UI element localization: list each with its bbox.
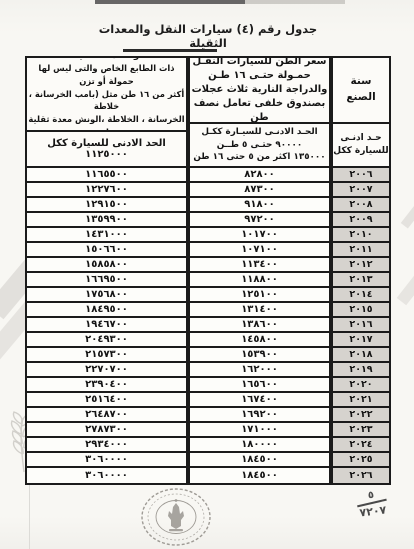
min-value-cell: ١٢٢٧٦٠٠ <box>27 183 186 198</box>
year-cell: ٢٠٠٦ <box>333 168 389 183</box>
subheader-line: ١٣٥٠٠٠ اكثر من ٥ حتى ١٦ طن <box>193 151 325 164</box>
min-value-cell: ١٩٤٦٧٠٠ <box>27 318 186 333</box>
min-value-cell: ١٦٦٩٥٠٠ <box>27 273 186 288</box>
subheader-line: حـد ادنـى <box>340 132 381 146</box>
price-per-ton-cell: ١٣١٤٠٠ <box>190 303 329 318</box>
year-column-header: سنة الصنع <box>333 58 389 124</box>
price-per-ton-cell: ١١٨٨٠٠ <box>190 273 329 288</box>
year-cell: ٢٠٢٤ <box>333 438 389 453</box>
price-per-ton-cell: ١٣٨٦٠٠ <box>190 318 329 333</box>
min-value-cell: ٢٩٣٤٠٠٠ <box>27 438 186 453</box>
min-value-cell: ٢٦٤٨٧٠٠ <box>27 408 186 423</box>
subheader-line: للسيارة ككل <box>333 145 388 159</box>
price-per-ton-cell: ٨٢٨٠٠ <box>190 168 329 183</box>
header-line: حمـولة حتـى ١٦ طـن <box>208 69 311 83</box>
title-underline <box>123 49 217 52</box>
price-per-ton-cell: ١٧١٠٠٠ <box>190 423 329 438</box>
handwritten-annotation: ٥ ٧٢٠٧ <box>347 487 398 520</box>
year-cell: ٢٠٠٩ <box>333 213 389 228</box>
year-cell: ٢٠١٩ <box>333 363 389 378</box>
price-per-ton-cell: ١٦٧٤٠٠ <box>190 393 329 408</box>
min-value-cell: ١٥٠٦٦٠٠ <box>27 243 186 258</box>
heavy-equipment-column: النقل حمولة أكثر من ١٦ طن أوالمعدات الثق… <box>25 56 188 485</box>
min-value-cell: ٢٥١٦٤٠٠ <box>27 393 186 408</box>
min-value-cell: ١٨٤٩٥٠٠ <box>27 303 186 318</box>
year-cell: ٢٠٢١ <box>333 393 389 408</box>
year-cell: ٢٠١٧ <box>333 333 389 348</box>
header-line: الصنع <box>346 90 375 106</box>
min-value-cell: ١٢٩١٥٠٠ <box>27 198 186 213</box>
price-per-ton-cell: ١٥٣٩٠٠ <box>190 348 329 363</box>
document-title: جدول رقم (٤) سيارات النقل والمعدات الثقي… <box>98 22 318 50</box>
min-value-cell: ١٧٥٦٨٠٠ <box>27 288 186 303</box>
subheader-line: الحـد الادنـى للسيـارة ككـل <box>201 126 317 139</box>
year-cell: ٢٠٠٧ <box>333 183 389 198</box>
header-line: أكثر من ١٦ طن مثل (بامب الخرسانة ، خلاطة <box>27 88 186 114</box>
year-column: سنة الصنع حـد ادنـى للسيارة ككل ٢٠٠٦٢٠٠٧… <box>331 56 391 485</box>
year-cell: ٢٠١٠ <box>333 228 389 243</box>
price-per-ton-cell: ١٨٤٥٠٠ <box>190 468 329 483</box>
header-line: سنة <box>351 74 372 90</box>
year-cell: ٢٠١٢ <box>333 258 389 273</box>
year-cell: ٢٠١٦ <box>333 318 389 333</box>
header-line: والدراجة النارية ثلاث عجلات <box>192 83 328 97</box>
price-per-ton-cell: ١١٣٤٠٠ <box>190 258 329 273</box>
price-column-header: سعر الطن للسيارات النقـل حمـولة حتـى ١٦ … <box>190 58 329 124</box>
header-line: سعر الطن للسيارات النقـل <box>193 58 327 69</box>
price-per-ton-cell: ١٠١٧٠٠ <box>190 228 329 243</box>
year-cell: ٢٠٢٢ <box>333 408 389 423</box>
price-per-ton-cell: ١٤٥٨٠٠ <box>190 333 329 348</box>
year-cell: ٢٠١١ <box>333 243 389 258</box>
year-cell: ٢٠٢٣ <box>333 423 389 438</box>
year-cell: ٢٠٠٨ <box>333 198 389 213</box>
min-value-cell: ٣٠٦٠٠٠٠ <box>27 453 186 468</box>
min-value-cell: ٢٧٨٧٣٠٠ <box>27 423 186 438</box>
heavy-column-subheader: الحد الادنى للسيارة ككل ١١٢٥٠٠٠ <box>27 132 186 168</box>
subheader-line: الحد الادنى للسيارة ككل ١١٢٥٠٠٠ <box>27 138 186 160</box>
header-line: الخرسانة ، الخلاطة ،الونش معدة ثقلية ، و… <box>27 113 186 132</box>
scan-artifact-strip-light <box>245 0 345 4</box>
min-value-cell: ١٤٣١٠٠٠ <box>27 228 186 243</box>
price-per-ton-cell: ١٨٠٠٠٠ <box>190 438 329 453</box>
min-value-cell: ١٣٥٩٩٠٠ <box>27 213 186 228</box>
scan-artifact-strip <box>95 0 245 4</box>
price-per-ton-cell: ٩١٨٠٠ <box>190 198 329 213</box>
price-per-ton-cell: ١٠٧١٠٠ <box>190 243 329 258</box>
min-value-cell: ٣٠٦٠٠٠٠ <box>27 468 186 483</box>
price-per-ton-cell: ١٦٢٠٠٠ <box>190 363 329 378</box>
year-cell: ٢٠٢٦ <box>333 468 389 483</box>
heavy-column-header: النقل حمولة أكثر من ١٦ طن أوالمعدات الثق… <box>27 58 186 132</box>
year-cell: ٢٠١٨ <box>333 348 389 363</box>
header-line: ذات الطابع الخاص والتى ليس لها حمولة أو … <box>27 62 186 88</box>
min-value-cell: ٢٣٩٠٤٠٠ <box>27 378 186 393</box>
year-column-subheader: حـد ادنـى للسيارة ككل <box>333 124 389 168</box>
price-per-ton-cell: ٨٧٣٠٠ <box>190 183 329 198</box>
year-cell: ٢٠٢٥ <box>333 453 389 468</box>
price-per-ton-cell: ١٦٩٢٠٠ <box>190 408 329 423</box>
price-per-ton-cell: ١٢٥١٠٠ <box>190 288 329 303</box>
year-cell: ٢٠٢٠ <box>333 378 389 393</box>
year-cell: ٢٠١٥ <box>333 303 389 318</box>
price-per-ton-cell: ١٨٤٥٠٠ <box>190 453 329 468</box>
official-eagle-stamp-icon <box>138 486 216 548</box>
min-value-cell: ٢٠٤٩٣٠٠ <box>27 333 186 348</box>
min-value-cell: ٢١٥٧٣٠٠ <box>27 348 186 363</box>
price-column-subheader: الحـد الادنـى للسيـارة ككـل ٩٠٠٠٠ حتـى ٥… <box>190 124 329 168</box>
price-per-ton-cell: ٩٧٢٠٠ <box>190 213 329 228</box>
year-cell: ٢٠١٣ <box>333 273 389 288</box>
header-line: بصندوق خلفى تعامل نصف طن <box>190 97 329 124</box>
min-value-cell: ١١٦٥٥٠٠ <box>27 168 186 183</box>
price-per-ton-cell: ١٦٥٦٠٠ <box>190 378 329 393</box>
price-per-ton-column: سعر الطن للسيارات النقـل حمـولة حتـى ١٦ … <box>188 56 331 485</box>
min-value-cell: ٢٢٧٠٧٠٠ <box>27 363 186 378</box>
year-cell: ٢٠١٤ <box>333 288 389 303</box>
min-value-cell: ١٥٨٥٨٠٠ <box>27 258 186 273</box>
subheader-line: ٩٠٠٠٠ حتـى ٥ طــن <box>217 139 302 152</box>
